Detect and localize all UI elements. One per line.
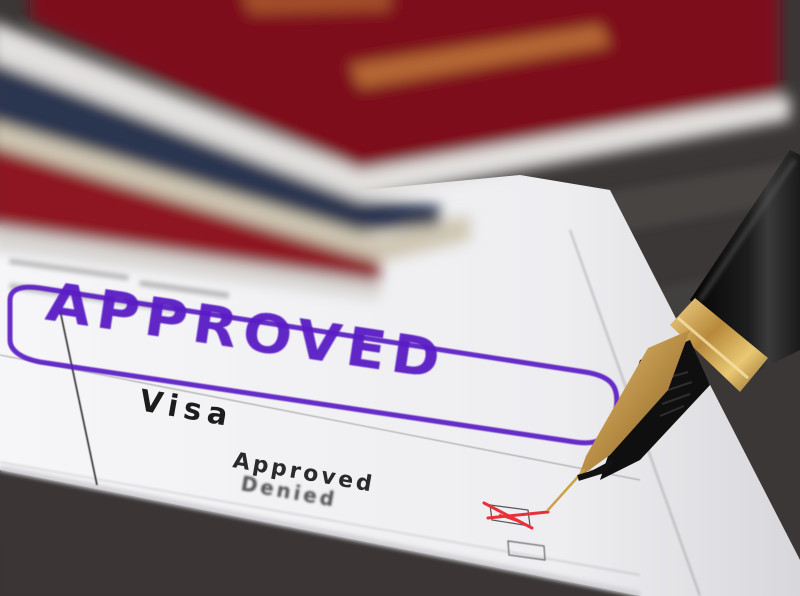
photo-scene: APPROVED Visa Approved Denied [0, 0, 800, 596]
photo-canvas: APPROVED Visa Approved Denied [0, 0, 800, 596]
